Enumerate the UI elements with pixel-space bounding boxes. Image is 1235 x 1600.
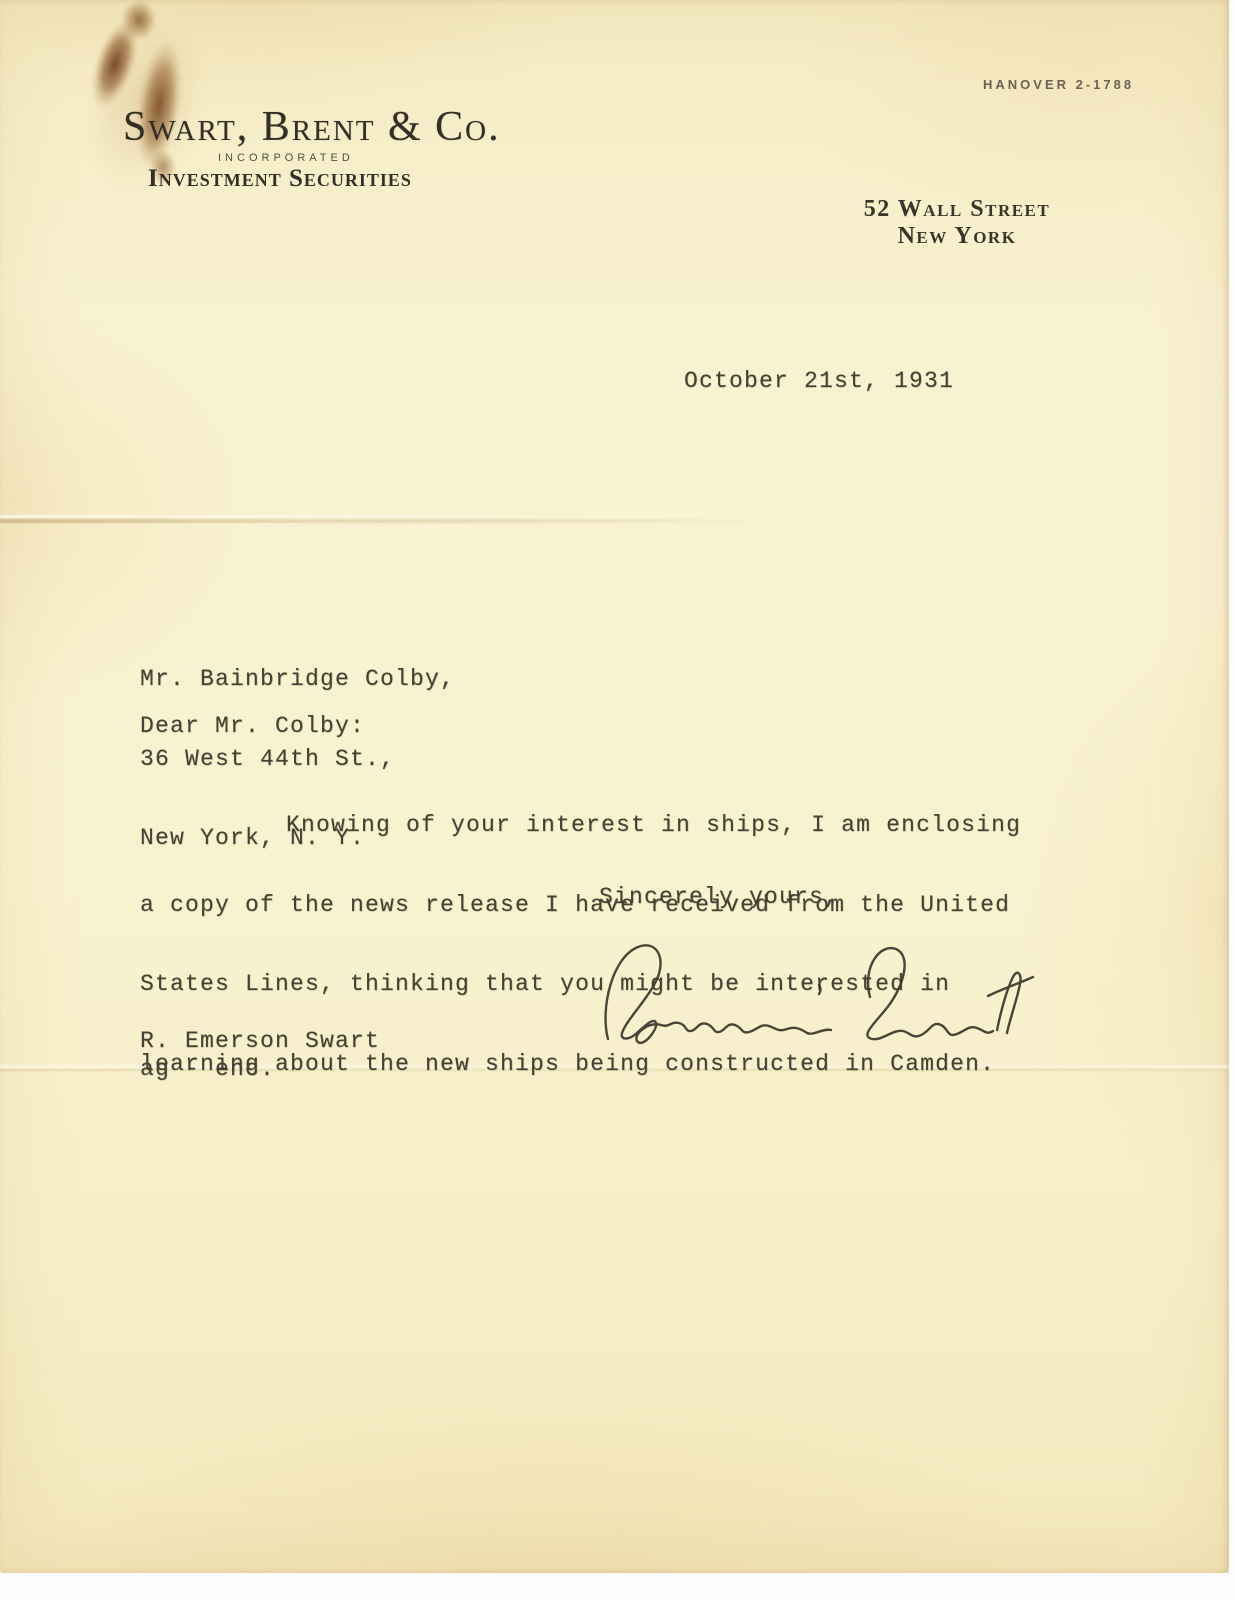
letter-date: October 21st, 1931 bbox=[684, 368, 954, 395]
closing-phrase: Sincerely yours, bbox=[599, 884, 839, 911]
fold-crease bbox=[0, 519, 780, 523]
body-line: a copy of the news release I have receiv… bbox=[140, 892, 1021, 919]
signature-ink-strokes bbox=[592, 933, 1047, 1061]
ink-stain bbox=[122, 0, 156, 40]
office-address-city: New York bbox=[822, 223, 1092, 250]
salutation: Dear Mr. Colby: bbox=[140, 713, 365, 740]
letterhead-business-tagline: Investment Securities bbox=[148, 165, 412, 193]
letter-paper-sheet: HANOVER 2-1788 Swart, Brent & Co. INCORP… bbox=[0, 0, 1229, 1573]
typed-sender-name: R. Emerson Swart bbox=[140, 1028, 380, 1055]
letterhead-phone-number: HANOVER 2-1788 bbox=[983, 77, 1134, 92]
scanner-bed-edge-bottom bbox=[0, 1573, 1235, 1600]
office-address-street: 52 Wall Street bbox=[822, 196, 1092, 223]
ink-stain bbox=[83, 14, 148, 113]
letterhead-office-address: 52 Wall Street New York bbox=[822, 196, 1092, 250]
recipient-name: Mr. Bainbridge Colby, bbox=[140, 666, 455, 693]
handwritten-signature bbox=[592, 933, 1047, 1061]
letterhead-incorporated-label: INCORPORATED bbox=[218, 152, 354, 164]
fold-crease-highlight bbox=[0, 515, 820, 518]
reference-initials: ag - enc. bbox=[140, 1056, 275, 1083]
letterhead-company-name: Swart, Brent & Co. bbox=[123, 103, 501, 151]
scanned-letter-page: HANOVER 2-1788 Swart, Brent & Co. INCORP… bbox=[0, 0, 1235, 1600]
scanner-bed-edge-right bbox=[1229, 0, 1235, 1600]
body-line: Knowing of your interest in ships, I am … bbox=[140, 812, 1021, 839]
